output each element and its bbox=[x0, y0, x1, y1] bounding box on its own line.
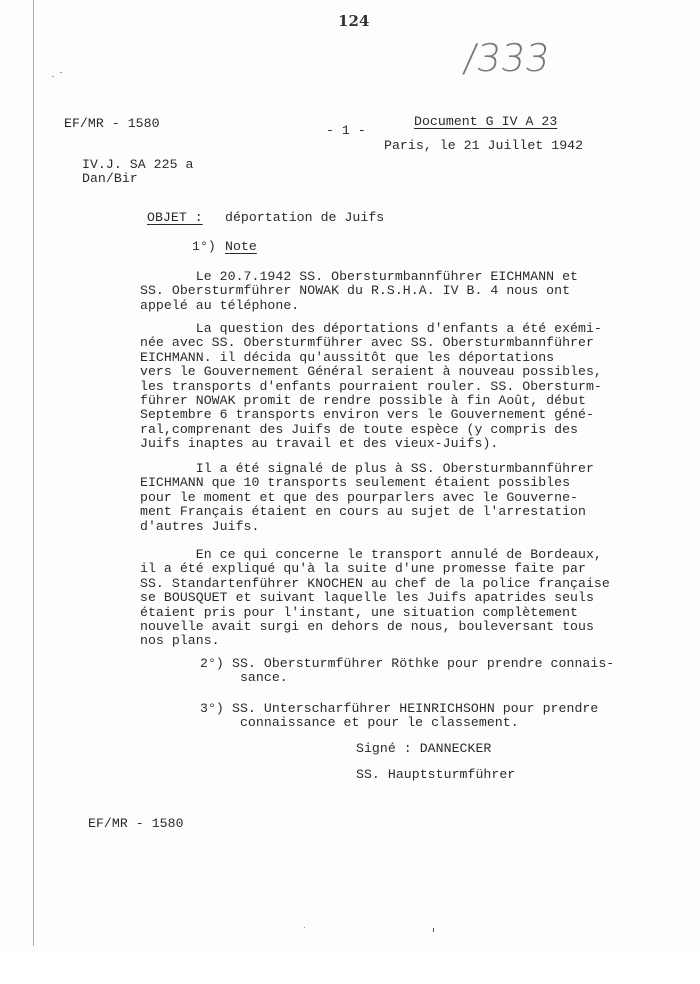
paragraph-line: Il a été signalé de plus à SS. Obersturm… bbox=[140, 462, 594, 476]
paragraph-line: ral,comprenant des Juifs de toute espèce… bbox=[140, 423, 602, 437]
paragraph-line: EICHMANN. il décida qu'aussitôt que les … bbox=[140, 351, 602, 365]
paragraph-line: pour le moment et que des pourparlers av… bbox=[140, 491, 594, 505]
paragraph-line: En ce qui concerne le transport annulé d… bbox=[140, 548, 610, 562]
speck-mark bbox=[52, 76, 54, 77]
paragraph-line: étaient pris pour l'instant, une situati… bbox=[140, 606, 610, 620]
signature-line: Signé : DANNECKER bbox=[356, 742, 491, 756]
paragraph: Il a été signalé de plus à SS. Obersturm… bbox=[140, 462, 594, 534]
reference-left: EF/MR - 1580 bbox=[64, 117, 160, 131]
distribution-line: SS. Obersturmführer Röthke pour prendre … bbox=[232, 657, 614, 671]
document-page: 124 /333 EF/MR - 1580 - 1 - Document G I… bbox=[0, 0, 700, 952]
paragraph-line: EICHMANN que 10 transports seulement éta… bbox=[140, 476, 594, 490]
subject-text: déportation de Juifs bbox=[225, 211, 384, 225]
subject-label: OBJET : bbox=[147, 211, 203, 225]
paragraph: En ce qui concerne le transport annulé d… bbox=[140, 548, 610, 649]
footer-reference: EF/MR - 1580 bbox=[88, 817, 184, 831]
paragraph-line: nouvelle avait surgi en dehors de nous, … bbox=[140, 620, 610, 634]
section-title: Note bbox=[225, 240, 257, 254]
paragraph-line: se BOUSQUET et suivant laquelle les Juif… bbox=[140, 591, 610, 605]
file-reference-line1: IV.J. SA 225 a bbox=[82, 158, 194, 172]
paragraph-line: SS. Obersturmführer NOWAK du R.S.H.A. IV… bbox=[140, 284, 578, 298]
speck-mark bbox=[60, 72, 62, 73]
paragraph-line: vers le Gouvernement Général seraient à … bbox=[140, 365, 602, 379]
document-id: Document G IV A 23 bbox=[414, 115, 557, 129]
paragraph: Le 20.7.1942 SS. Obersturmbannführer EIC… bbox=[140, 270, 578, 313]
paragraph-line: ment Français étaient en cours au sujet … bbox=[140, 505, 594, 519]
paragraph-line: Septembre 6 transports environ vers le G… bbox=[140, 408, 602, 422]
distribution-item: SS. Unterscharführer HEINRICHSOHN pour p… bbox=[232, 702, 598, 731]
paper-edge-line bbox=[33, 0, 34, 946]
place-date: Paris, le 21 Juillet 1942 bbox=[384, 139, 583, 153]
distribution-number: 2°) bbox=[200, 657, 224, 671]
paragraph-line: née avec SS. Obersturmführer avec SS. Ob… bbox=[140, 336, 602, 350]
paragraph-line: Juifs inaptes au travail et des vieux-Ju… bbox=[140, 437, 602, 451]
paragraph-line: Le 20.7.1942 SS. Obersturmbannführer EIC… bbox=[140, 270, 578, 284]
paragraph-line: führer NOWAK promit de rendre possible à… bbox=[140, 394, 602, 408]
speck-mark bbox=[433, 928, 434, 932]
page-marker: - 1 - bbox=[326, 124, 366, 138]
speck-mark bbox=[304, 927, 305, 928]
distribution-number: 3°) bbox=[200, 702, 224, 716]
paragraph-line: nos plans. bbox=[140, 634, 610, 648]
distribution-line: connaissance et pour le classement. bbox=[232, 716, 598, 730]
distribution-line: SS. Unterscharführer HEINRICHSOHN pour p… bbox=[232, 702, 598, 716]
handwritten-folio-number: /333 bbox=[461, 38, 552, 78]
distribution-line: sance. bbox=[232, 671, 614, 685]
distribution-item: SS. Obersturmführer Röthke pour prendre … bbox=[232, 657, 614, 686]
section-number: 1°) bbox=[192, 240, 216, 254]
handwritten-page-number: 124 bbox=[338, 14, 369, 28]
paragraph: La question des déportations d'enfants a… bbox=[140, 322, 602, 452]
paragraph-line: SS. Standartenführer KNOCHEN au chef de … bbox=[140, 577, 610, 591]
signature-rank: SS. Hauptsturmführer bbox=[356, 768, 515, 782]
file-reference-line2: Dan/Bir bbox=[82, 172, 138, 186]
paragraph-line: appelé au téléphone. bbox=[140, 299, 578, 313]
paragraph-line: les transports d'enfants pourraient roul… bbox=[140, 380, 602, 394]
paragraph-line: il a été expliqué qu'à la suite d'une pr… bbox=[140, 562, 610, 576]
paragraph-line: La question des déportations d'enfants a… bbox=[140, 322, 602, 336]
paragraph-line: d'autres Juifs. bbox=[140, 520, 594, 534]
